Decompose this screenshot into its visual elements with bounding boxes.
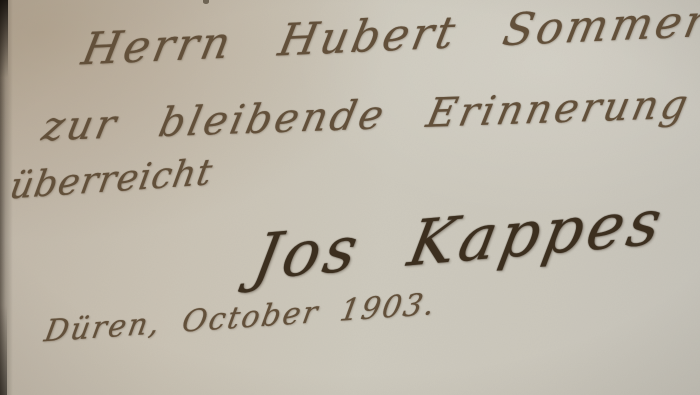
photograph-of-inscription-page: Herrn Hubert Sommer zur bleibende Erinne… [0,0,700,395]
inscription-line-recipient: Herrn Hubert Sommer [78,0,700,76]
ink-speck-top-edge [203,0,209,4]
inscription-line-dedication: zur bleibende Erinnerung [38,81,695,150]
gutter-shadow-top-dark [0,0,8,78]
paper-grain-texture [0,0,700,395]
inscription-dateline: Düren, October 1903. [42,287,439,350]
gutter-shadow-bottom-dark [0,305,7,395]
inscription-line-ueberreicht: überreicht [7,152,216,208]
inscription-signature: Jos Kappes [248,184,672,294]
